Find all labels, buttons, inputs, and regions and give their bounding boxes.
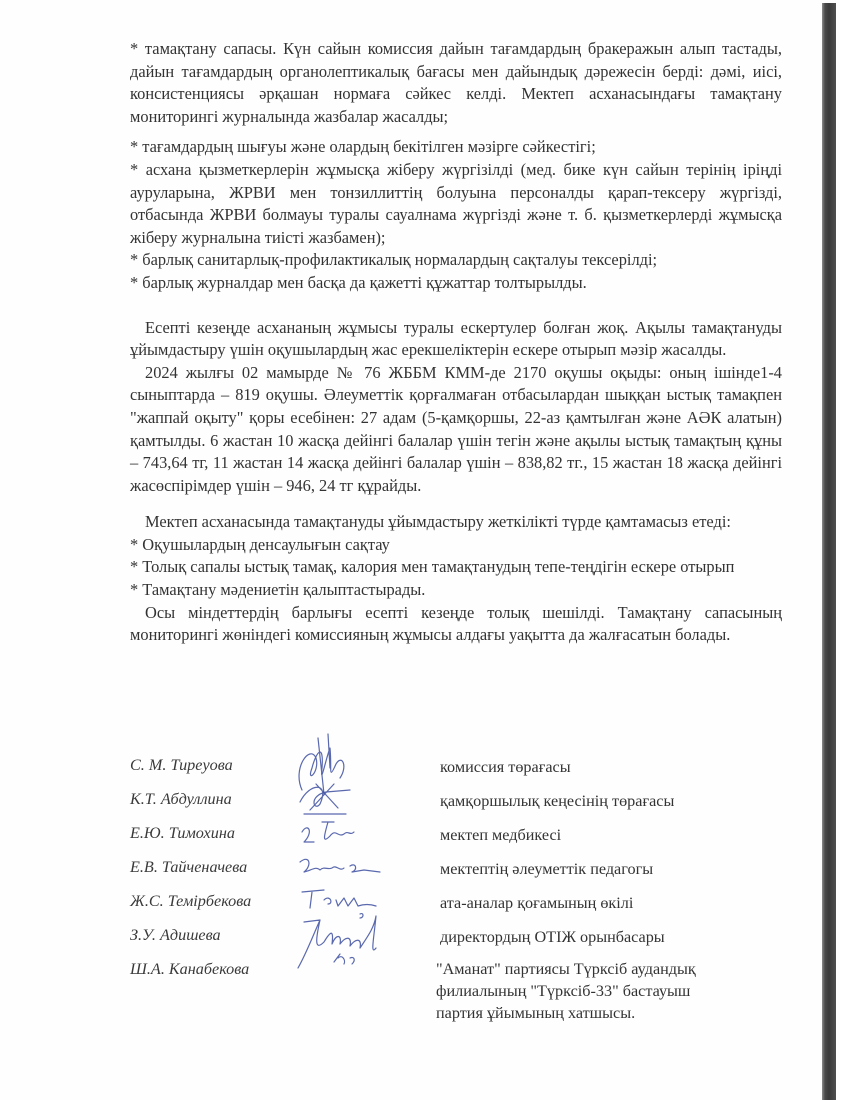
- signatory-role: комиссия төрағасы: [440, 756, 571, 778]
- goal-item-3: * Тамақтану мәдениетін қалыптастырады.: [130, 579, 782, 602]
- provides-paragraph: Мектеп асханасында тамақтануды ұйымдасты…: [130, 511, 782, 534]
- report-body: * тамақтану сапасы. Күн сайын комиссия д…: [130, 38, 782, 647]
- signatory-name: З.У. Адишева: [130, 926, 221, 945]
- conclusion-paragraph: Осы міндеттердің барлығы есепті кезеңде …: [130, 602, 782, 647]
- stats-paragraph: 2024 жылғы 02 мамырде № 76 ЖББМ КММ-де 2…: [130, 362, 782, 498]
- signatory-row: Ш.А. Канабекова "Аманат" партиясы Түрксі…: [130, 960, 790, 1030]
- signatory-role: мектеп медбикесі: [440, 824, 561, 846]
- check-item-4: * барлық журналдар мен басқа да қажетті …: [130, 272, 782, 295]
- signatory-name: К.Т. Абдуллина: [130, 790, 232, 809]
- document-page: * тамақтану сапасы. Күн сайын комиссия д…: [0, 0, 836, 1100]
- signatory-name: С. М. Тиреуова: [130, 756, 233, 775]
- check-item-1: * тағамдардың шығуы және олардың бекітіл…: [130, 136, 782, 159]
- signatory-name: Ж.С. Темірбекова: [130, 892, 251, 911]
- signatory-row: Ж.С. Темірбекова ата-аналар қоғамының өк…: [130, 892, 790, 926]
- signatures-block: С. М. Тиреуова комиссия төрағасы К.Т. Аб…: [130, 756, 790, 1030]
- signatory-role: мектептің әлеуметтік педагогы: [440, 858, 653, 880]
- signatory-row: С. М. Тиреуова комиссия төрағасы: [130, 756, 790, 790]
- check-item-2: * асхана қызметкерлерін жұмысқа жіберу ж…: [130, 159, 782, 249]
- signatory-row: Е.Ю. Тимохина мектеп медбикесі: [130, 824, 790, 858]
- check-item-3: * барлық санитарлық-профилактикалық норм…: [130, 249, 782, 272]
- signatory-row: Е.В. Тайченачева мектептің әлеуметтік пе…: [130, 858, 790, 892]
- signatory-name: Е.Ю. Тимохина: [130, 824, 235, 843]
- quality-item: * тамақтану сапасы. Күн сайын комиссия д…: [130, 38, 782, 128]
- goal-item-2: * Толық сапалы ыстық тамақ, калория мен …: [130, 556, 782, 579]
- signatory-name: Е.В. Тайченачева: [130, 858, 247, 877]
- handwritten-signature-icon: [290, 908, 410, 958]
- signatory-name: Ш.А. Канабекова: [130, 960, 249, 979]
- no-remarks-paragraph: Есепті кезеңде асхананың жұмысы туралы е…: [130, 317, 782, 362]
- scan-border-edge: [822, 3, 836, 1100]
- goal-item-1: * Оқушылардың денсаулығын сақтау: [130, 534, 782, 557]
- signatory-row: К.Т. Абдуллина қамқоршылық кеңесінің төр…: [130, 790, 790, 824]
- signatory-role: директордың ОТІЖ орынбасары: [440, 926, 665, 948]
- signatory-role: қамқоршылық кеңесінің төрағасы: [440, 790, 674, 812]
- signatory-role: "Аманат" партиясы Түрксіб аудандық филиа…: [436, 958, 696, 1024]
- signatory-row: З.У. Адишева директордың ОТІЖ орынбасары: [130, 926, 790, 960]
- signatory-role: ата-аналар қоғамының өкілі: [440, 892, 633, 914]
